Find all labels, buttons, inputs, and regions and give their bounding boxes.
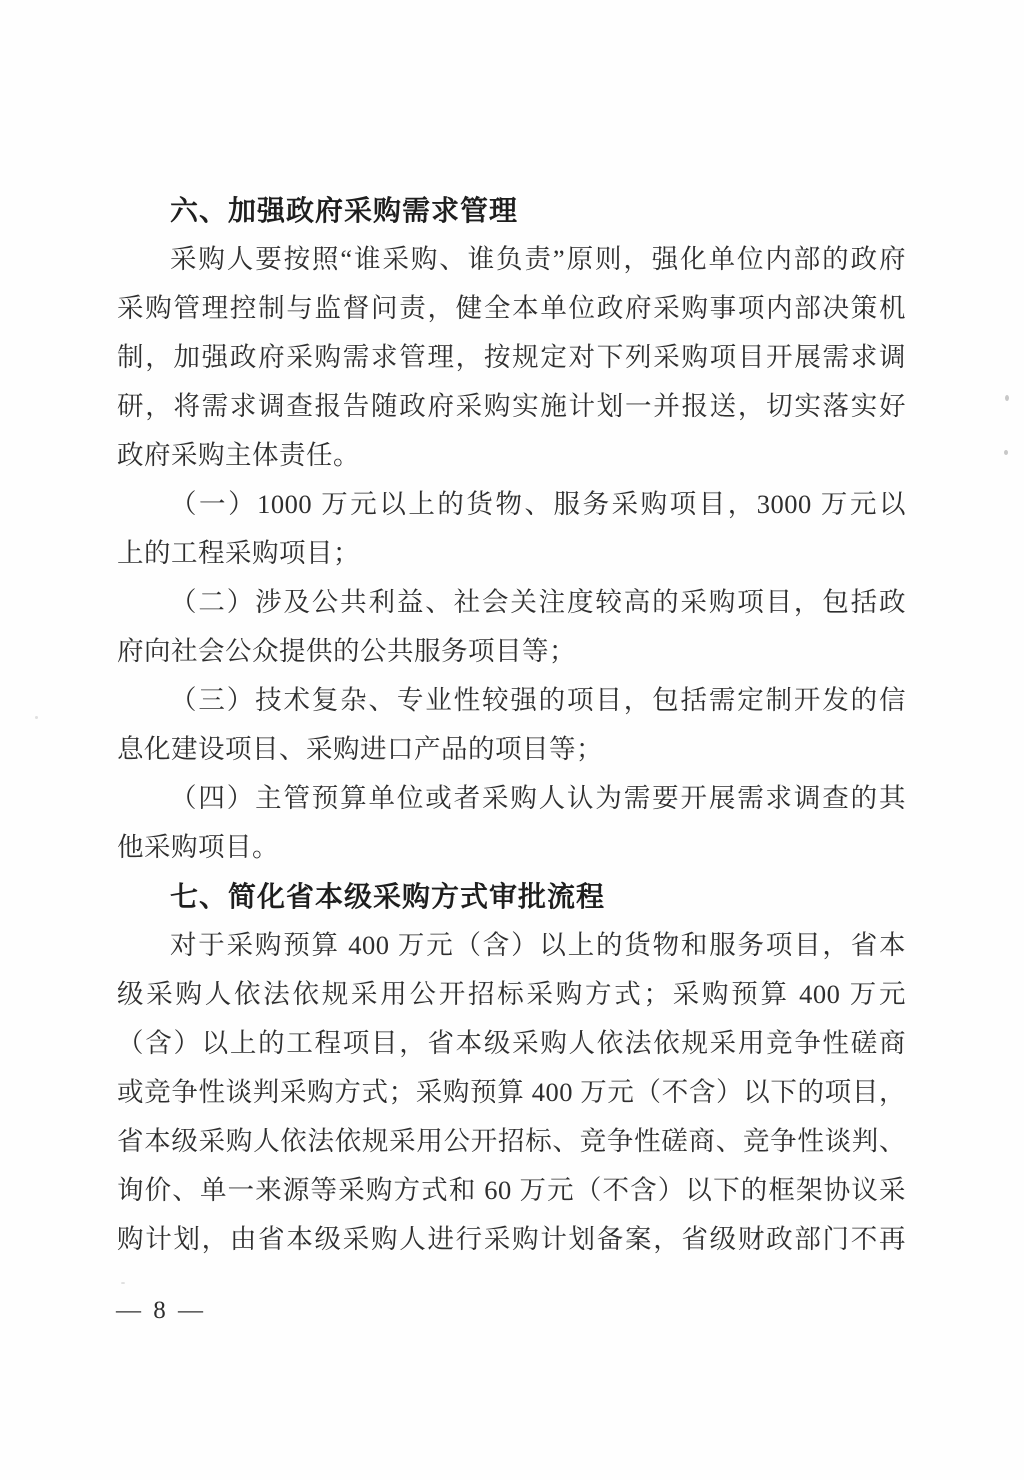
text-line: 府向社会公众提供的公共服务项目等；: [117, 627, 906, 676]
text-line: （四）主管预算单位或者采购人认为需要开展需求调查的其: [117, 774, 906, 823]
text-line: （一）1000 万元以上的货物、服务采购项目，3000 万元以: [117, 480, 906, 529]
text-line: （二）涉及公共利益、社会关注度较高的采购项目，包括政: [117, 578, 906, 627]
text-line: （含）以上的工程项目，省本级采购人依法依规采用竞争性磋商: [117, 1019, 906, 1068]
text-line: 采购人要按照“谁采购、谁负责”原则，强化单位内部的政府: [117, 235, 906, 284]
list-item-1: （一）1000 万元以上的货物、服务采购项目，3000 万元以 上的工程采购项目…: [117, 480, 906, 578]
section-heading-7: 七、简化省本级采购方式审批流程: [117, 872, 906, 921]
scan-artifact: [35, 716, 38, 719]
paragraph-7-body: 对于采购预算 400 万元（含）以上的货物和服务项目，省本 级采购人依法依规采用…: [117, 921, 906, 1264]
paragraph-6-intro: 采购人要按照“谁采购、谁负责”原则，强化单位内部的政府 采购管理控制与监督问责，…: [117, 235, 906, 480]
text-line: 购计划，由省本级采购人进行采购计划备案，省级财政部门不再: [117, 1215, 906, 1264]
scan-artifact: [1004, 450, 1008, 455]
section-heading-6: 六、加强政府采购需求管理: [117, 186, 906, 235]
document-page: 六、加强政府采购需求管理 采购人要按照“谁采购、谁负责”原则，强化单位内部的政府…: [0, 0, 1024, 1480]
text-line: 息化建设项目、采购进口产品的项目等；: [117, 725, 906, 774]
text-line: 或竞争性谈判采购方式；采购预算 400 万元（不含）以下的项目，: [117, 1068, 906, 1117]
text-line: 询价、单一来源等采购方式和 60 万元（不含）以下的框架协议采: [117, 1166, 906, 1215]
scan-artifact: [121, 1282, 125, 1284]
text-line: 他采购项目。: [117, 823, 906, 872]
text-line: 政府采购主体责任。: [117, 431, 906, 480]
list-item-4: （四）主管预算单位或者采购人认为需要开展需求调查的其 他采购项目。: [117, 774, 906, 872]
page-number: — 8 —: [116, 1297, 206, 1325]
text-line: 省本级采购人依法依规采用公开招标、竞争性磋商、竞争性谈判、: [117, 1117, 906, 1166]
text-line: 级采购人依法依规采用公开招标采购方式；采购预算 400 万元: [117, 970, 906, 1019]
text-line: 采购管理控制与监督问责，健全本单位政府采购事项内部决策机: [117, 284, 906, 333]
scan-artifact: [1005, 395, 1009, 401]
text-line: 制，加强政府采购需求管理，按规定对下列采购项目开展需求调: [117, 333, 906, 382]
text-line: 上的工程采购项目；: [117, 529, 906, 578]
list-item-2: （二）涉及公共利益、社会关注度较高的采购项目，包括政 府向社会公众提供的公共服务…: [117, 578, 906, 676]
list-item-3: （三）技术复杂、专业性较强的项目，包括需定制开发的信 息化建设项目、采购进口产品…: [117, 676, 906, 774]
text-line: （三）技术复杂、专业性较强的项目，包括需定制开发的信: [117, 676, 906, 725]
text-line: 对于采购预算 400 万元（含）以上的货物和服务项目，省本: [117, 921, 906, 970]
document-body: 六、加强政府采购需求管理 采购人要按照“谁采购、谁负责”原则，强化单位内部的政府…: [117, 186, 906, 1264]
text-line: 研，将需求调查报告随政府采购实施计划一并报送，切实落实好: [117, 382, 906, 431]
